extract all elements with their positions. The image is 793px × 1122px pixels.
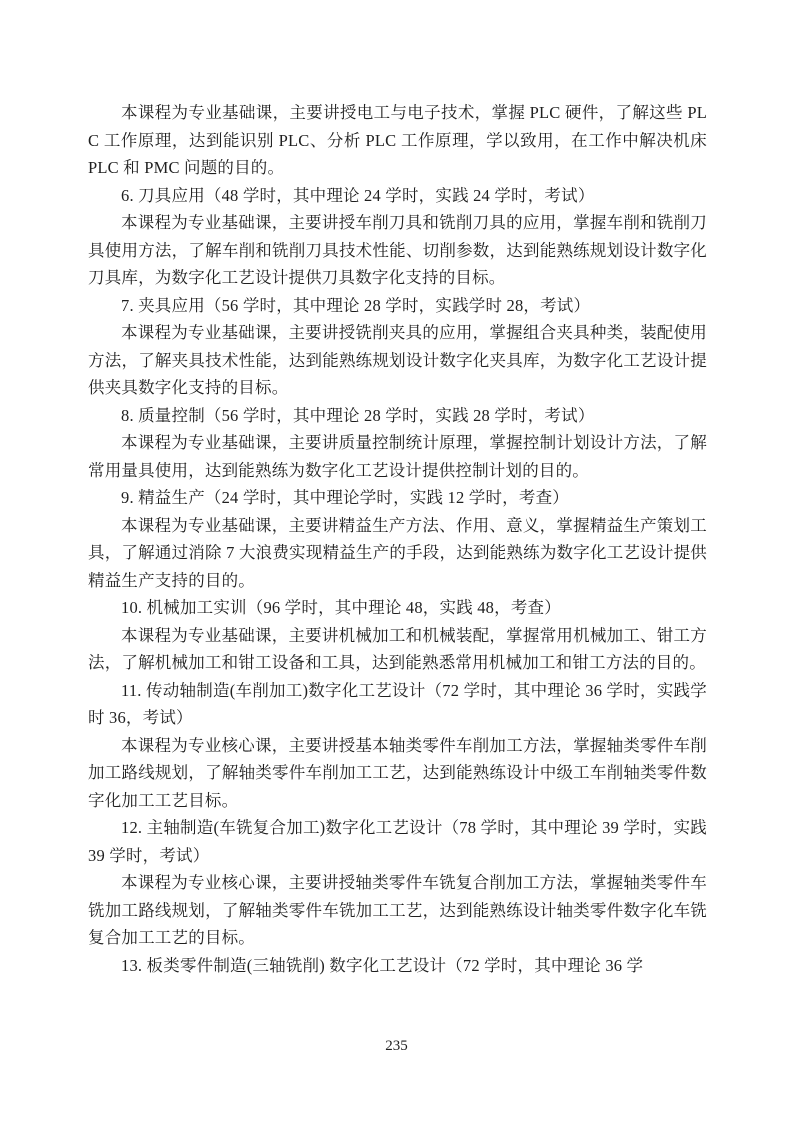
- course-item-heading: 12. 主轴制造(车铣复合加工)数字化工艺设计（78 学时，其中理论 39 学时…: [88, 814, 707, 869]
- course-item-heading: 8. 质量控制（56 学时，其中理论 28 学时，实践 28 学时，考试）: [88, 402, 707, 430]
- document-page: 本课程为专业基础课，主要讲授电工与电子技术，掌握 PLC 硬件，了解这些 PLC…: [0, 0, 793, 1122]
- paragraph: 本课程为专业基础课，主要讲授铣削夹具的应用，掌握组合夹具种类，装配使用方法，了解…: [88, 319, 707, 402]
- course-item-heading: 13. 板类零件制造(三轴铣削) 数字化工艺设计（72 学时，其中理论 36 学: [88, 952, 707, 980]
- course-item-heading: 7. 夹具应用（56 学时，其中理论 28 学时，实践学时 28，考试）: [88, 292, 707, 320]
- paragraph: 本课程为专业基础课，主要讲精益生产方法、作用、意义，掌握精益生产策划工具，了解通…: [88, 512, 707, 595]
- document-body: 本课程为专业基础课，主要讲授电工与电子技术，掌握 PLC 硬件，了解这些 PLC…: [88, 99, 707, 979]
- paragraph: 本课程为专业基础课，主要讲质量控制统计原理，掌握控制计划设计方法，了解常用量具使…: [88, 429, 707, 484]
- course-item-heading: 10. 机械加工实训（96 学时，其中理论 48，实践 48，考查）: [88, 594, 707, 622]
- page-number: 235: [0, 1038, 793, 1055]
- paragraph: 本课程为专业核心课，主要讲授基本轴类零件车削加工方法，掌握轴类零件车削加工路线规…: [88, 732, 707, 815]
- course-item-heading: 6. 刀具应用（48 学时，其中理论 24 学时，实践 24 学时，考试）: [88, 182, 707, 210]
- course-item-heading: 9. 精益生产（24 学时，其中理论学时，实践 12 学时，考查）: [88, 484, 707, 512]
- paragraph: 本课程为专业基础课，主要讲授电工与电子技术，掌握 PLC 硬件，了解这些 PLC…: [88, 99, 707, 182]
- paragraph: 本课程为专业核心课，主要讲授轴类零件车铣复合削加工方法，掌握轴类零件车铣加工路线…: [88, 869, 707, 952]
- paragraph: 本课程为专业基础课，主要讲授车削刀具和铣削刀具的应用，掌握车削和铣削刀具使用方法…: [88, 209, 707, 292]
- course-item-heading: 11. 传动轴制造(车削加工)数字化工艺设计（72 学时，其中理论 36 学时，…: [88, 677, 707, 732]
- paragraph: 本课程为专业基础课，主要讲机械加工和机械装配，掌握常用机械加工、钳工方法，了解机…: [88, 622, 707, 677]
